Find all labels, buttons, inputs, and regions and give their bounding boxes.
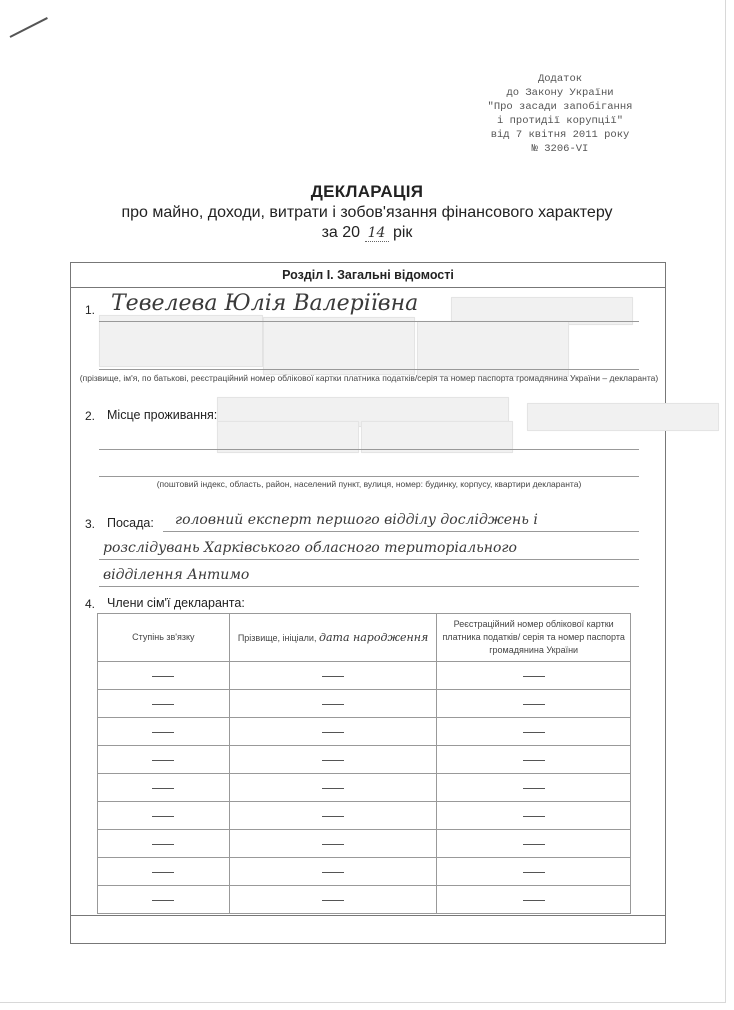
header-name-printed: Прізвище, ініціали, bbox=[238, 633, 317, 643]
dash-mark bbox=[523, 704, 545, 705]
cell-name-dob[interactable] bbox=[229, 858, 437, 886]
cell-relation[interactable] bbox=[98, 690, 230, 718]
dash-mark bbox=[152, 900, 174, 901]
section-1-box: Розділ І. Загальні відомості 1. Тевелева… bbox=[70, 262, 666, 944]
dash-mark bbox=[523, 788, 545, 789]
cell-name-dob[interactable] bbox=[229, 774, 437, 802]
dash-mark bbox=[523, 844, 545, 845]
field-3-line bbox=[163, 531, 639, 532]
field-1-caption: (прізвище, ім'я, по батькові, реєстрацій… bbox=[71, 373, 667, 383]
table-row bbox=[98, 746, 631, 774]
document-subtitle: про майно, доходи, витрати і зобов'язанн… bbox=[0, 204, 734, 222]
dash-mark bbox=[322, 732, 344, 733]
cell-relation[interactable] bbox=[98, 858, 230, 886]
dash-mark bbox=[152, 676, 174, 677]
dash-mark bbox=[152, 704, 174, 705]
field-3-label: Посада: bbox=[107, 516, 154, 530]
field-2-number: 2. bbox=[85, 409, 95, 423]
dash-mark bbox=[523, 900, 545, 901]
field-4-number: 4. bbox=[85, 597, 95, 611]
table-row bbox=[98, 718, 631, 746]
cell-name-dob[interactable] bbox=[229, 746, 437, 774]
dash-mark bbox=[152, 872, 174, 873]
cell-relation[interactable] bbox=[98, 830, 230, 858]
cell-tax-id[interactable] bbox=[437, 830, 631, 858]
family-members-table: Ступінь зв'язку Прізвище, ініціали, дата… bbox=[97, 613, 631, 914]
table-row bbox=[98, 774, 631, 802]
appendix-line: "Про засади запобігання bbox=[470, 100, 650, 114]
dash-mark bbox=[322, 872, 344, 873]
section-bottom-divider bbox=[71, 915, 665, 916]
cell-tax-id[interactable] bbox=[437, 718, 631, 746]
redaction-patch bbox=[99, 315, 263, 367]
position-line-2[interactable]: розслідувань Харківського обласного тери… bbox=[103, 540, 517, 556]
cell-relation[interactable] bbox=[98, 718, 230, 746]
cell-tax-id[interactable] bbox=[437, 886, 631, 914]
cell-relation[interactable] bbox=[98, 662, 230, 690]
cell-tax-id[interactable] bbox=[437, 662, 631, 690]
appendix-line: від 7 квітня 2011 року bbox=[470, 128, 650, 142]
dash-mark bbox=[322, 760, 344, 761]
position-line-1[interactable]: головний експерт першого відділу дослідж… bbox=[175, 512, 538, 528]
dash-mark bbox=[523, 816, 545, 817]
header-name-dob: Прізвище, ініціали, дата народження bbox=[229, 614, 437, 662]
dash-mark bbox=[322, 900, 344, 901]
field-2-caption: (поштовий індекс, область, район, населе… bbox=[71, 479, 667, 489]
cell-relation[interactable] bbox=[98, 774, 230, 802]
dash-mark bbox=[523, 676, 545, 677]
field-1-line bbox=[99, 321, 639, 322]
cell-name-dob[interactable] bbox=[229, 662, 437, 690]
cell-tax-id[interactable] bbox=[437, 746, 631, 774]
field-2-line bbox=[99, 476, 639, 477]
cell-tax-id[interactable] bbox=[437, 858, 631, 886]
dash-mark bbox=[152, 816, 174, 817]
year-line: за 20 14 рік bbox=[0, 224, 734, 242]
field-1-number: 1. bbox=[85, 303, 95, 317]
cell-name-dob[interactable] bbox=[229, 802, 437, 830]
field-3-line bbox=[99, 559, 639, 560]
header-relation: Ступінь зв'язку bbox=[98, 614, 230, 662]
table-row bbox=[98, 858, 631, 886]
cell-relation[interactable] bbox=[98, 746, 230, 774]
dash-mark bbox=[322, 788, 344, 789]
field-2-line bbox=[99, 449, 639, 450]
cell-name-dob[interactable] bbox=[229, 690, 437, 718]
dash-mark bbox=[152, 760, 174, 761]
field-1-line bbox=[99, 369, 639, 370]
cell-relation[interactable] bbox=[98, 802, 230, 830]
cell-name-dob[interactable] bbox=[229, 886, 437, 914]
dash-mark bbox=[523, 732, 545, 733]
header-tax-id: Реєстраційний номер облікової картки пла… bbox=[437, 614, 631, 662]
appendix-line: № 3206-VI bbox=[470, 142, 650, 156]
cell-name-dob[interactable] bbox=[229, 718, 437, 746]
dash-mark bbox=[152, 732, 174, 733]
dash-mark bbox=[152, 788, 174, 789]
declarant-name[interactable]: Тевелева Юлія Валеріївна bbox=[111, 291, 418, 316]
cell-tax-id[interactable] bbox=[437, 774, 631, 802]
redaction-patch bbox=[527, 403, 719, 431]
dash-mark bbox=[152, 844, 174, 845]
dash-mark bbox=[322, 816, 344, 817]
dash-mark bbox=[523, 760, 545, 761]
cell-tax-id[interactable] bbox=[437, 690, 631, 718]
appendix-line: і протидії корупції" bbox=[470, 114, 650, 128]
cell-name-dob[interactable] bbox=[229, 830, 437, 858]
year-suffix: рік bbox=[393, 224, 412, 241]
table-row bbox=[98, 662, 631, 690]
table-row bbox=[98, 802, 631, 830]
table-row bbox=[98, 886, 631, 914]
section-header: Розділ І. Загальні відомості bbox=[71, 263, 665, 288]
appendix-line: до Закону України bbox=[470, 86, 650, 100]
redaction-patch bbox=[263, 317, 415, 375]
table-header-row: Ступінь зв'язку Прізвище, ініціали, дата… bbox=[98, 614, 631, 662]
appendix-line: Додаток bbox=[470, 72, 650, 86]
dash-mark bbox=[322, 676, 344, 677]
field-3-line bbox=[99, 586, 639, 587]
header-dob-handwritten: дата народження bbox=[319, 631, 428, 644]
appendix-note: Додаток до Закону України "Про засади за… bbox=[470, 72, 650, 156]
year-prefix: за 20 bbox=[322, 224, 360, 241]
cell-relation[interactable] bbox=[98, 886, 230, 914]
position-line-3[interactable]: відділення Антимо bbox=[103, 567, 249, 583]
field-3-number: 3. bbox=[85, 517, 95, 531]
cell-tax-id[interactable] bbox=[437, 802, 631, 830]
dash-mark bbox=[322, 704, 344, 705]
table-row bbox=[98, 690, 631, 718]
year-value[interactable]: 14 bbox=[365, 225, 389, 242]
dash-mark bbox=[322, 844, 344, 845]
field-4-label: Члени сім'ї декларанта: bbox=[107, 596, 245, 610]
field-2-label: Місце проживання: bbox=[107, 408, 217, 422]
dash-mark bbox=[523, 872, 545, 873]
table-row bbox=[98, 830, 631, 858]
title-block: ДЕКЛАРАЦІЯ про майно, доходи, витрати і … bbox=[0, 182, 734, 242]
document-title: ДЕКЛАРАЦІЯ bbox=[0, 182, 734, 202]
